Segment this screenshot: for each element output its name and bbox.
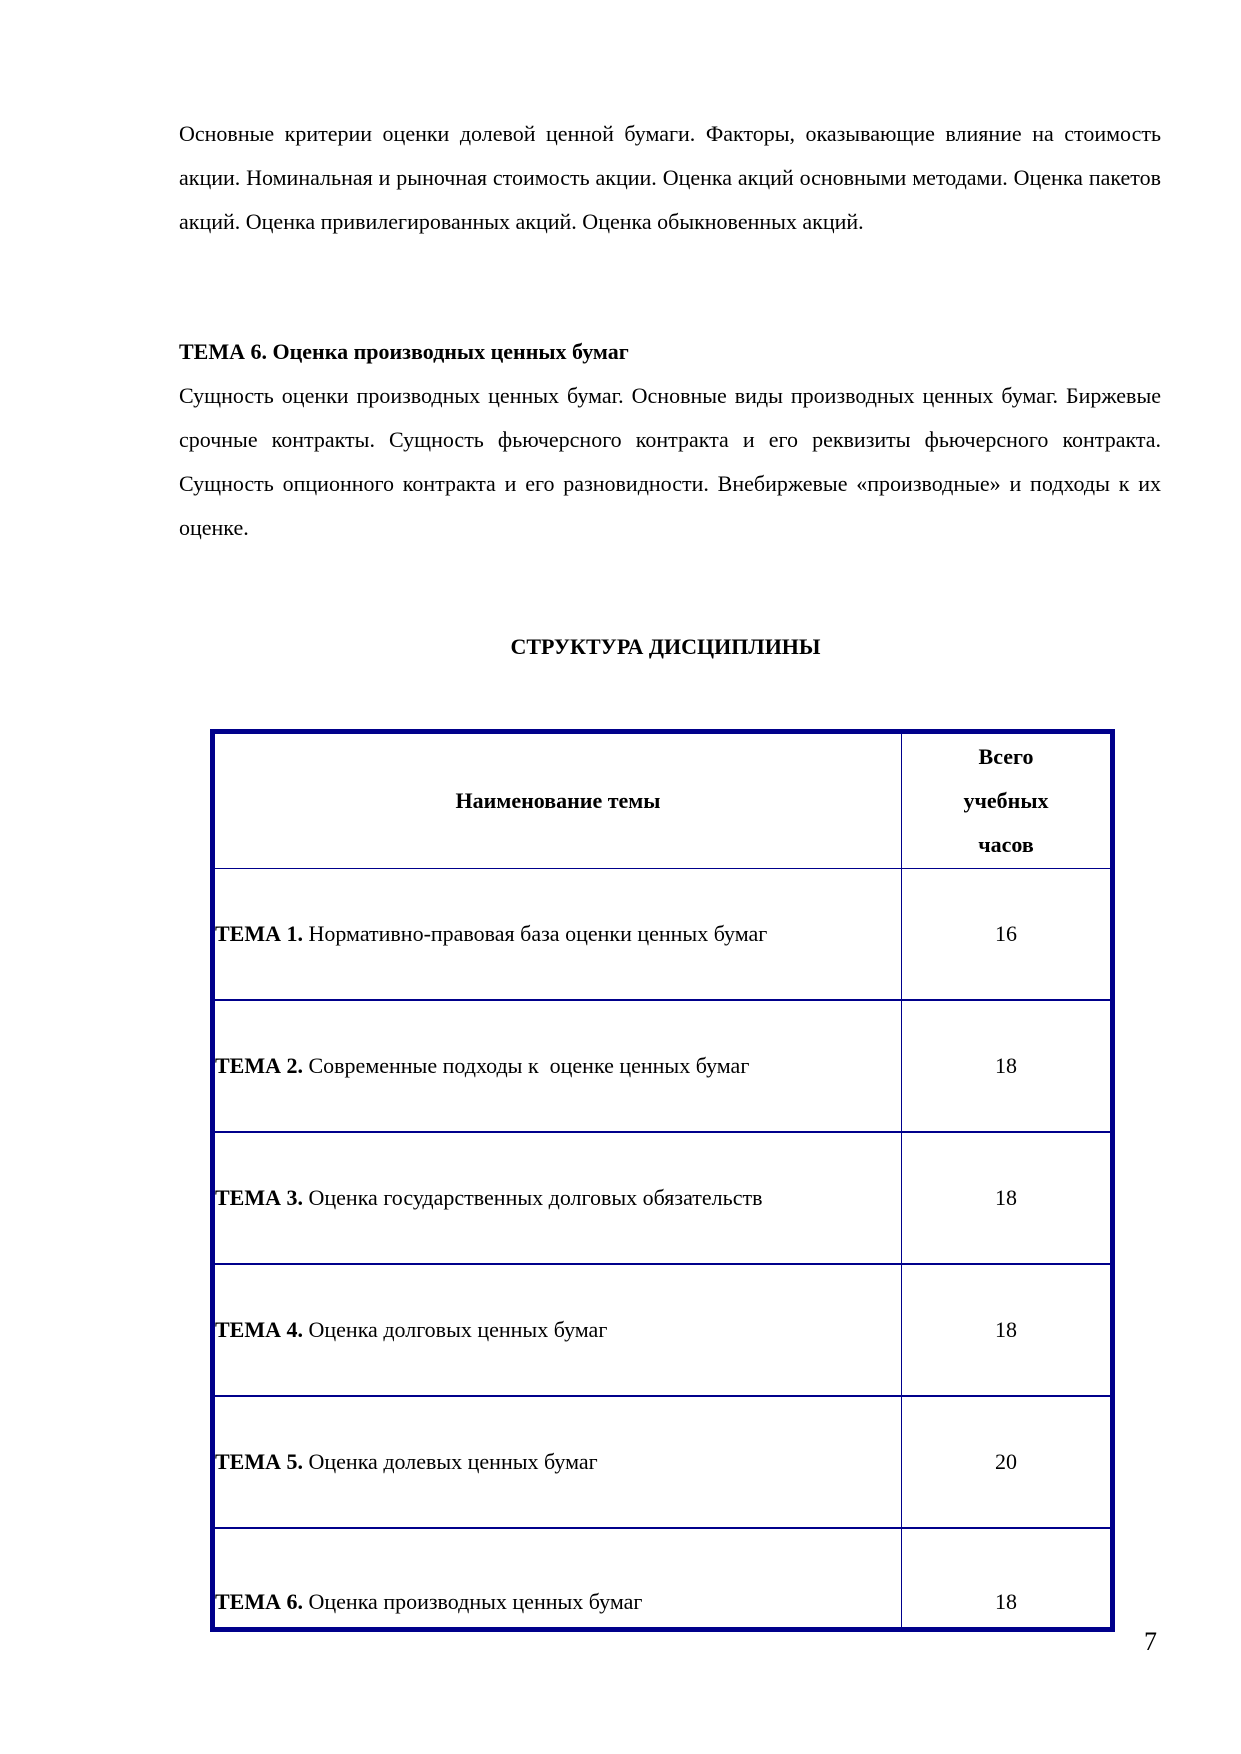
topic-title: Современные подходы к оценке ценных бума… (309, 1053, 750, 1078)
discipline-structure-table: Наименование темы Всего учебных часов ТЕ… (210, 729, 1115, 1632)
table-row: ТЕМА 4. Оценка долговых ценных бумаг 18 (213, 1264, 1113, 1396)
topic-cell: ТЕМА 4. Оценка долговых ценных бумаг (213, 1264, 902, 1396)
topic-title: Оценка государственных долговых обязател… (309, 1185, 763, 1210)
topic-title: Нормативно-правовая база оценки ценных б… (309, 921, 768, 946)
topic-title: Оценка долговых ценных бумаг (309, 1317, 608, 1342)
topic-6-description: Сущность оценки производных ценных бумаг… (179, 374, 1161, 550)
topic-label: ТЕМА 3. (215, 1185, 303, 1210)
topic-label: ТЕМА 2. (215, 1053, 303, 1078)
page-number: 7 (1144, 1627, 1157, 1657)
topic-cell: ТЕМА 5. Оценка долевых ценных бумаг (213, 1396, 902, 1528)
column-header-topic-name: Наименование темы (213, 732, 902, 869)
table-header-row: Наименование темы Всего учебных часов (213, 732, 1113, 869)
topic-label: ТЕМА 1. (215, 921, 303, 946)
hours-cell: 18 (902, 1528, 1113, 1630)
hours-cell: 16 (902, 869, 1113, 1001)
topic-label: ТЕМА 6. (215, 1589, 303, 1614)
header-hours-line-3: часов (902, 823, 1110, 867)
topic-label: ТЕМА 4. (215, 1317, 303, 1342)
table-row: ТЕМА 6. Оценка производных ценных бумаг … (213, 1528, 1113, 1630)
table-row: ТЕМА 5. Оценка долевых ценных бумаг 20 (213, 1396, 1113, 1528)
topic-cell: ТЕМА 1. Нормативно-правовая база оценки … (213, 869, 902, 1001)
topic-6-heading: ТЕМА 6. Оценка производных ценных бумаг (179, 330, 629, 374)
intro-paragraph: Основные критерии оценки долевой ценной … (179, 112, 1161, 244)
column-header-total-hours: Всего учебных часов (902, 732, 1113, 869)
topic-cell: ТЕМА 6. Оценка производных ценных бумаг (213, 1528, 902, 1630)
topic-title: Оценка производных ценных бумаг (309, 1589, 643, 1614)
table-row: ТЕМА 1. Нормативно-правовая база оценки … (213, 869, 1113, 1001)
table-row: ТЕМА 3. Оценка государственных долговых … (213, 1132, 1113, 1264)
topic-cell: ТЕМА 2. Современные подходы к оценке цен… (213, 1000, 902, 1132)
topic-cell: ТЕМА 3. Оценка государственных долговых … (213, 1132, 902, 1264)
hours-cell: 18 (902, 1132, 1113, 1264)
section-title: СТРУКТУРА ДИСЦИПЛИНЫ (0, 634, 1241, 660)
header-hours-line-2: учебных (902, 779, 1110, 823)
table-row: ТЕМА 2. Современные подходы к оценке цен… (213, 1000, 1113, 1132)
topic-title: Оценка долевых ценных бумаг (309, 1449, 598, 1474)
hours-cell: 20 (902, 1396, 1113, 1528)
hours-cell: 18 (902, 1264, 1113, 1396)
hours-cell: 18 (902, 1000, 1113, 1132)
header-hours-line-1: Всего (902, 735, 1110, 779)
topic-label: ТЕМА 5. (215, 1449, 303, 1474)
